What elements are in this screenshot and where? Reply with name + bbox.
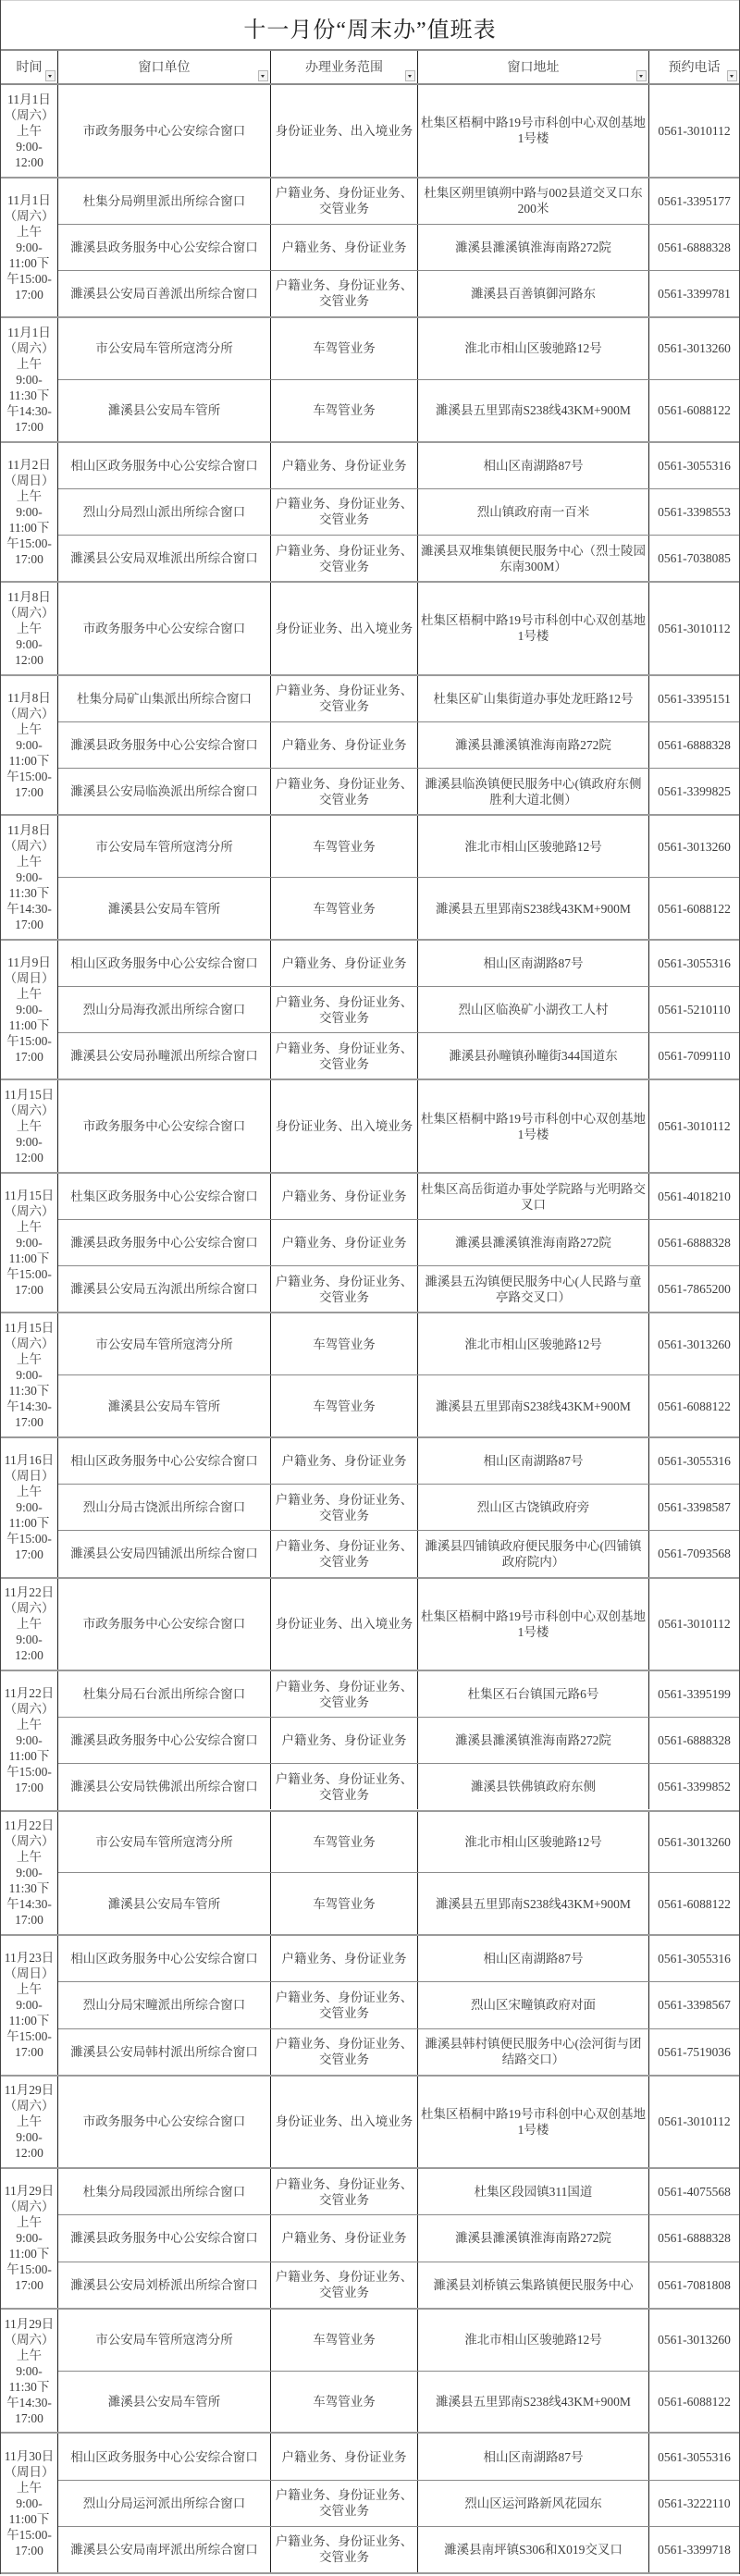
unit-cell: 相山区政务服务中心公安综合窗口 [58,1936,271,1981]
time-text: （周六） [5,605,55,621]
unit-text: 濉溪县政务服务中心公安综合窗口 [70,2230,258,2246]
phone-cell: 0561-3399781 [649,271,739,316]
schedule-group: 11月23日（周日）上午9:00-11:00下午15:00-17:00相山区政务… [1,1936,739,2076]
table-row: 相山区政务服务中心公安综合窗口户籍业务、身份证业务相山区南湖路87号0561-3… [58,1438,739,1485]
unit-cell: 濉溪县公安局车管所 [58,1873,271,1934]
time-text: （周六） [5,1701,55,1717]
scope-cell: 车驾管业务 [271,1313,418,1374]
time-text: （周日） [5,1966,55,1981]
column-header-label: 窗口地址 [508,57,560,76]
time-text: 17:00 [15,917,43,932]
time-text: （周六） [5,1336,55,1351]
phone-text: 0561-3399852 [658,1779,731,1794]
table-row: 市政务服务中心公安综合窗口身份证业务、出入境业务杜集区梧桐中路19号市科创中心双… [58,583,739,674]
unit-cell: 濉溪县政务服务中心公安综合窗口 [58,2215,271,2261]
scope-cell: 车驾管业务 [271,1375,418,1436]
table-row: 杜集分局矿山集派出所综合窗口户籍业务、身份证业务、交管业务杜集区矿山集街道办事处… [58,676,739,722]
chevron-down-icon [408,75,412,78]
unit-cell: 濉溪县公安局临涣派出所综合窗口 [58,769,271,814]
unit-text: 濉溪县公安局南坪派出所综合窗口 [70,2542,258,2558]
address-cell: 相山区南湖路87号 [418,1936,649,1981]
phone-cell: 0561-6088122 [649,2372,739,2433]
unit-text: 市公安局车管所寇湾分所 [95,839,233,855]
scope-cell: 户籍业务、身份证业务 [271,1718,418,1763]
scope-cell: 车驾管业务 [271,1873,418,1934]
scope-text: 户籍业务、身份证业务、交管业务 [274,1679,414,1710]
unit-text: 濉溪县公安局车管所 [108,1399,221,1414]
phone-text: 0561-3399825 [658,783,731,799]
unit-text: 烈山分局烈山派出所综合窗口 [83,504,246,520]
filter-dropdown-button[interactable] [636,70,647,81]
table-row: 濉溪县公安局韩村派出所综合窗口户籍业务、身份证业务、交管业务濉溪县韩村镇便民服务… [58,2029,739,2075]
unit-cell: 濉溪县公安局车管所 [58,878,271,939]
unit-cell: 烈山分局海孜派出所综合窗口 [58,987,271,1032]
schedule-group: 11月15日（周六）上午9:00-11:30下午14:30-17:00市公安局车… [1,1313,739,1438]
address-cell: 烈山区宋疃镇政府对面 [418,1982,649,2028]
unit-cell: 市政务服务中心公安综合窗口 [58,1579,271,1670]
unit-text: 相山区政务服务中心公安综合窗口 [70,458,258,474]
time-text: 11月8日 [7,690,51,706]
unit-text: 濉溪县公安局刘桥派出所综合窗口 [70,2277,258,2293]
phone-cell: 0561-3398587 [649,1485,739,1530]
phone-text: 0561-3055316 [658,2449,731,2465]
group-rows: 相山区政务服务中心公安综合窗口户籍业务、身份证业务相山区南湖路87号0561-3… [58,2434,739,2571]
time-text: 9:00- [16,372,43,388]
time-text: 11:00下 [9,2246,50,2262]
address-text: 濉溪县五里郢南S238线43KM+900M [436,402,631,418]
address-cell: 濉溪县濉溪镇淮海南路272院 [418,1220,649,1265]
address-text: 烈山区古饶镇政府旁 [477,1499,590,1515]
unit-text: 濉溪县公安局韩村派出所综合窗口 [70,2044,258,2060]
time-text: 11:00下 [9,2013,50,2028]
table-row: 濉溪县政务服务中心公安综合窗口户籍业务、身份证业务濉溪县濉溪镇淮海南路272院0… [58,2215,739,2262]
scope-text: 车驾管业务 [313,1399,376,1414]
group-rows: 相山区政务服务中心公安综合窗口户籍业务、身份证业务相山区南湖路87号0561-3… [58,1438,739,1576]
phone-text: 0561-3399781 [658,286,731,302]
scope-text: 身份证业务、出入境业务 [276,1616,413,1632]
phone-cell: 0561-4075568 [649,2169,739,2214]
time-text: 11月1日 [7,192,51,208]
phone-text: 0561-6888328 [658,240,731,255]
time-text: 9:00- [16,1632,43,1647]
phone-cell: 0561-3055316 [649,1936,739,1981]
table-row: 杜集分局石台派出所综合窗口户籍业务、身份证业务、交管业务杜集区石台镇国元路6号0… [58,1671,739,1718]
address-cell: 濉溪县刘桥镇云集路镇便民服务中心 [418,2262,649,2308]
table-row: 濉溪县公安局车管所车驾管业务濉溪县五里郢南S238线43KM+900M0561-… [58,878,739,939]
column-header-label: 办理业务范围 [305,57,383,76]
table-row: 相山区政务服务中心公安综合窗口户籍业务、身份证业务相山区南湖路87号0561-3… [58,1936,739,1982]
phone-cell: 0561-3010112 [649,2077,739,2168]
scope-text: 户籍业务、身份证业务、交管业务 [274,277,414,309]
scope-text: 身份证业务、出入境业务 [276,621,413,636]
address-text: 淮北市相山区骏驰路12号 [464,1834,602,1850]
time-text: 12:00 [15,1150,43,1165]
address-text: 濉溪县刘桥镇云集路镇便民服务中心 [434,2277,634,2293]
time-text: 17:00 [15,551,43,567]
time-text: 9:00- [16,737,43,753]
table-row: 杜集区政务服务中心公安综合窗口户籍业务、身份证业务杜集区高岳街道办事处学院路与光… [58,1174,739,1220]
scope-text: 车驾管业务 [313,839,376,855]
time-text: （周六） [5,1203,55,1219]
time-cell: 11月22日（周六）上午9:00-11:00下午15:00-17:00 [1,1671,58,1809]
scope-text: 户籍业务、身份证业务、交管业务 [274,1492,414,1523]
unit-cell: 濉溪县公安局刘桥派出所综合窗口 [58,2262,271,2308]
time-text: 11月29日 [5,2082,55,2098]
time-text: （周日） [5,473,55,488]
time-cell: 11月30日（周日）上午9:00-11:00下午15:00-17:00 [1,2434,58,2571]
time-cell: 11月23日（周日）上午9:00-11:00下午15:00-17:00 [1,1936,58,2074]
scope-text: 户籍业务、身份证业务、交管业务 [274,683,414,714]
scope-cell: 车驾管业务 [271,2310,418,2371]
table-row: 烈山分局宋疃派出所综合窗口户籍业务、身份证业务、交管业务烈山区宋疃镇政府对面05… [58,1982,739,2028]
address-text: 杜集区朔里镇朔中路与002县道交叉口东200米 [421,185,646,216]
unit-text: 烈山分局海孜派出所综合窗口 [83,1002,246,1017]
filter-dropdown-button[interactable] [727,70,737,81]
table-row: 烈山分局海孜派出所综合窗口户籍业务、身份证业务、交管业务烈山区临涣矿小湖孜工人村… [58,987,739,1033]
address-cell: 杜集区梧桐中路19号市科创中心双创基地1号楼 [418,583,649,674]
scope-cell: 户籍业务、身份证业务 [271,1438,418,1484]
address-text: 烈山镇政府南一百米 [477,504,590,520]
time-cell: 11月8日（周六）上午9:00-11:00下午15:00-17:00 [1,676,58,814]
address-text: 濉溪县铁佛镇政府东侧 [471,1779,596,1794]
table-row: 市公安局车管所寇湾分所车驾管业务淮北市相山区骏驰路12号0561-3013260 [58,1812,739,1874]
filter-dropdown-button[interactable] [258,70,268,81]
time-cell: 11月1日（周六）上午9:00-12:00 [1,85,58,177]
unit-text: 濉溪县政务服务中心公安综合窗口 [70,1235,258,1251]
time-text: 12:00 [15,2145,43,2161]
time-text: （周六） [5,340,55,356]
phone-cell: 0561-6088122 [649,878,739,939]
phone-text: 0561-3398567 [658,1997,731,2013]
unit-cell: 烈山分局运河派出所综合窗口 [58,2481,271,2526]
address-text: 杜集区梧桐中路19号市科创中心双创基地1号楼 [421,1111,646,1142]
time-cell: 11月29日（周六）上午9:00-11:30下午14:30-17:00 [1,2310,58,2433]
address-text: 濉溪县濉溪镇淮海南路272院 [455,737,611,753]
phone-cell: 0561-3055316 [649,443,739,488]
unit-cell: 杜集区政务服务中心公安综合窗口 [58,1174,271,1219]
scope-cell: 身份证业务、出入境业务 [271,1579,418,1670]
group-rows: 市政务服务中心公安综合窗口身份证业务、出入境业务杜集区梧桐中路19号市科创中心双… [58,1579,739,1670]
scope-text: 户籍业务、身份证业务 [282,737,407,753]
phone-text: 0561-6088122 [658,402,731,418]
time-text: 11月2日 [7,457,51,473]
scope-cell: 户籍业务、身份证业务、交管业务 [271,2481,418,2526]
time-text: 17:00 [15,2044,43,2060]
address-cell: 濉溪县濉溪镇淮海南路272院 [418,1718,649,1763]
time-text: 午15:00- [6,1531,52,1547]
time-cell: 11月15日（周六）上午9:00-11:00下午15:00-17:00 [1,1174,58,1312]
time-text: 午15:00- [6,271,52,287]
phone-text: 0561-6088122 [658,1896,731,1912]
time-text: （周日） [5,1468,55,1484]
scope-cell: 户籍业务、身份证业务、交管业务 [271,769,418,814]
time-text: 11月9日 [7,955,51,970]
chevron-down-icon [639,75,643,78]
scope-text: 身份证业务、出入境业务 [276,1118,413,1134]
time-text: 9:00- [16,1235,43,1251]
phone-cell: 0561-7093568 [649,1531,739,1576]
phone-cell: 0561-3013260 [649,816,739,877]
address-text: 濉溪县五里郢南S238线43KM+900M [436,1896,631,1912]
address-cell: 烈山区运河路新风花园东 [418,2481,649,2526]
table-row: 烈山分局烈山派出所综合窗口户籍业务、身份证业务、交管业务烈山镇政府南一百米056… [58,489,739,536]
address-cell: 濉溪县临涣镇便民服务中心(镇政府东侧胜利大道北侧） [418,769,649,814]
address-text: 杜集区矿山集街道办事处龙旺路12号 [434,691,634,707]
filter-dropdown-button[interactable] [405,70,415,81]
phone-text: 0561-3055316 [658,458,731,474]
phone-text: 0561-3013260 [658,839,731,855]
time-cell: 11月22日（周六）上午9:00-12:00 [1,1579,58,1670]
unit-text: 濉溪县公安局四铺派出所综合窗口 [70,1546,258,1561]
time-text: 11:00下 [9,1017,50,1033]
scope-text: 户籍业务、身份证业务、交管业务 [274,2487,414,2519]
address-text: 淮北市相山区骏驰路12号 [464,2332,602,2348]
unit-cell: 濉溪县公安局车管所 [58,1375,271,1436]
schedule-group: 11月1日（周六）上午9:00-11:00下午15:00-17:00杜集分局朔里… [1,179,739,318]
phone-text: 0561-6888328 [658,1732,731,1748]
phone-text: 0561-3013260 [658,1337,731,1352]
schedule-group: 11月8日（周六）上午9:00-11:00下午15:00-17:00杜集分局矿山… [1,676,739,816]
column-header-label: 窗口单位 [139,57,191,76]
group-rows: 市政务服务中心公安综合窗口身份证业务、出入境业务杜集区梧桐中路19号市科创中心双… [58,85,739,177]
time-text: 上午 [17,2114,42,2129]
address-cell: 相山区南湖路87号 [418,443,649,488]
unit-cell: 烈山分局宋疃派出所综合窗口 [58,1982,271,2028]
scope-text: 户籍业务、身份证业务 [282,1189,407,1204]
time-text: 17:00 [15,1912,43,1928]
phone-cell: 0561-3399718 [649,2527,739,2572]
time-text: 11月29日 [5,2183,55,2199]
phone-cell: 0561-3395199 [649,1671,739,1717]
duty-schedule-sheet: 十一月份“周末办”值班表 时间 窗口单位 办理业务范围 窗口地址 预约电话 11… [0,0,740,2574]
unit-text: 市公安局车管所寇湾分所 [95,2332,233,2348]
phone-cell: 0561-6888328 [649,1718,739,1763]
time-text: 9:00- [16,2230,43,2246]
time-text: 午15:00- [6,2028,52,2044]
filter-dropdown-button[interactable] [45,70,55,81]
time-text: 午15:00- [6,536,52,551]
time-text: 9:00- [16,1732,43,1748]
column-header-unit: 窗口单位 [58,51,271,83]
unit-cell: 濉溪县政务服务中心公安综合窗口 [58,722,271,768]
phone-cell: 0561-3398553 [649,489,739,535]
unit-cell: 市公安局车管所寇湾分所 [58,2310,271,2371]
address-cell: 淮北市相山区骏驰路12号 [418,2310,649,2371]
group-rows: 市政务服务中心公安综合窗口身份证业务、出入境业务杜集区梧桐中路19号市科创中心双… [58,1080,739,1172]
address-cell: 杜集区高岳街道办事处学院路与光明路交叉口 [418,1174,649,1219]
unit-text: 杜集分局朔里派出所综合窗口 [83,193,246,209]
phone-text: 0561-6088122 [658,901,731,917]
phone-cell: 0561-3395177 [649,179,739,224]
scope-cell: 身份证业务、出入境业务 [271,2077,418,2168]
table-row: 市政务服务中心公安综合窗口身份证业务、出入境业务杜集区梧桐中路19号市科创中心双… [58,1080,739,1172]
time-text: 午15:00- [6,1764,52,1780]
unit-text: 杜集区政务服务中心公安综合窗口 [70,1189,258,1204]
time-text: 午15:00- [6,1033,52,1049]
scope-cell: 户籍业务、身份证业务、交管业务 [271,1266,418,1312]
unit-text: 烈山分局宋疃派出所综合窗口 [83,1997,246,2013]
phone-cell: 0561-3010112 [649,1080,739,1172]
table-row: 濉溪县公安局车管所车驾管业务濉溪县五里郢南S238线43KM+900M0561-… [58,2372,739,2433]
time-text: 12:00 [15,154,43,170]
time-text: 上午 [17,1981,42,1997]
time-text: （周六） [5,838,55,854]
scope-text: 户籍业务、身份证业务、交管业务 [274,1990,414,2021]
scope-text: 户籍业务、身份证业务、交管业务 [274,2533,414,2565]
time-text: 11:30下 [9,1383,50,1399]
unit-cell: 杜集分局石台派出所综合窗口 [58,1671,271,1717]
time-cell: 11月1日（周六）上午9:00-11:30下午14:30-17:00 [1,318,58,441]
unit-text: 濉溪县政务服务中心公安综合窗口 [70,1732,258,1748]
table-header: 时间 窗口单位 办理业务范围 窗口地址 预约电话 [1,51,739,85]
scope-text: 户籍业务、身份证业务 [282,458,407,474]
time-text: 午15:00- [6,2527,52,2543]
unit-cell: 杜集分局朔里派出所综合窗口 [58,179,271,224]
scope-text: 户籍业务、身份证业务、交管业务 [274,1771,414,1803]
scope-cell: 户籍业务、身份证业务、交管业务 [271,2169,418,2214]
address-cell: 濉溪县五里郢南S238线43KM+900M [418,1375,649,1436]
time-text: 11:00下 [9,2511,50,2527]
schedule-group: 11月22日（周六）上午9:00-11:30下午14:30-17:00市公安局车… [1,1812,739,1937]
phone-text: 0561-7519036 [658,2044,731,2060]
scope-text: 户籍业务、身份证业务、交管业务 [274,1274,414,1305]
time-text: 上午 [17,488,42,504]
scope-text: 户籍业务、身份证业务、交管业务 [274,2176,414,2208]
schedule-group: 11月15日（周六）上午9:00-11:00下午15:00-17:00杜集区政务… [1,1174,739,1313]
time-text: 9:00- [16,2496,43,2511]
phone-cell: 0561-3013260 [649,1812,739,1873]
address-text: 濉溪县濉溪镇淮海南路272院 [455,240,611,255]
schedule-group: 11月29日（周六）上午9:00-11:00下午15:00-17:00杜集分局段… [1,2169,739,2309]
table-row: 濉溪县公安局百善派出所综合窗口户籍业务、身份证业务、交管业务濉溪县百善镇御河路东… [58,271,739,316]
unit-text: 市公安局车管所寇湾分所 [95,340,233,356]
scope-cell: 户籍业务、身份证业务 [271,1174,418,1219]
phone-cell: 0561-3399852 [649,1764,739,1809]
time-cell: 11月15日（周六）上午9:00-11:30下午14:30-17:00 [1,1313,58,1436]
phone-text: 0561-3013260 [658,340,731,356]
group-rows: 相山区政务服务中心公安综合窗口户籍业务、身份证业务相山区南湖路87号0561-3… [58,443,739,581]
unit-cell: 相山区政务服务中心公安综合窗口 [58,941,271,986]
time-text: 11:00下 [9,255,50,271]
time-text: 11月1日 [7,92,51,107]
unit-cell: 市政务服务中心公安综合窗口 [58,85,271,177]
unit-text: 烈山分局古饶派出所综合窗口 [83,1499,246,1515]
address-text: 相山区南湖路87号 [484,2449,584,2465]
schedule-group: 11月2日（周日）上午9:00-11:00下午15:00-17:00相山区政务服… [1,443,739,583]
time-text: （周六） [5,107,55,123]
time-text: 17:00 [15,1780,43,1795]
phone-text: 0561-6888328 [658,737,731,753]
unit-text: 濉溪县公安局车管所 [108,2394,221,2410]
address-text: 濉溪县濉溪镇淮海南路272院 [455,1235,611,1251]
chevron-down-icon [730,75,734,78]
address-cell: 濉溪县五沟镇便民服务中心(人民路与童亭路交叉口） [418,1266,649,1312]
table-row: 濉溪县公安局车管所车驾管业务濉溪县五里郢南S238线43KM+900M0561-… [58,380,739,441]
time-text: 上午 [17,1219,42,1235]
unit-cell: 濉溪县公安局车管所 [58,2372,271,2433]
address-cell: 濉溪县五里郢南S238线43KM+900M [418,878,649,939]
scope-cell: 户籍业务、身份证业务、交管业务 [271,536,418,581]
phone-text: 0561-5210110 [658,1002,730,1017]
unit-cell: 濉溪县公安局车管所 [58,380,271,441]
time-text: 9:00- [16,1997,43,2013]
scope-text: 车驾管业务 [313,901,376,917]
time-text: 17:00 [15,1282,43,1298]
time-text: 上午 [17,721,42,737]
unit-text: 市公安局车管所寇湾分所 [95,1337,233,1352]
time-text: 午14:30- [6,1399,52,1414]
phone-cell: 0561-3222110 [649,2481,739,2526]
time-text: 上午 [17,1484,42,1499]
scope-text: 户籍业务、身份证业务 [282,1453,407,1469]
time-text: 上午 [17,123,42,139]
scope-cell: 户籍业务、身份证业务 [271,941,418,986]
unit-text: 濉溪县政务服务中心公安综合窗口 [70,240,258,255]
time-text: 12:00 [15,652,43,668]
time-text: 9:00- [16,1134,43,1150]
address-text: 杜集区梧桐中路19号市科创中心双创基地1号楼 [421,612,646,644]
scope-cell: 户籍业务、身份证业务、交管业务 [271,2527,418,2572]
scope-text: 户籍业务、身份证业务、交管业务 [274,543,414,574]
time-text: 上午 [17,1351,42,1367]
time-text: 11:00下 [9,1515,50,1531]
group-rows: 市政务服务中心公安综合窗口身份证业务、出入境业务杜集区梧桐中路19号市科创中心双… [58,583,739,674]
scope-cell: 户籍业务、身份证业务、交管业务 [271,1764,418,1809]
address-cell: 濉溪县孙疃镇孙疃街344国道东 [418,1033,649,1078]
address-text: 淮北市相山区骏驰路12号 [464,340,602,356]
unit-cell: 相山区政务服务中心公安综合窗口 [58,2434,271,2479]
chevron-down-icon [48,75,52,78]
column-header-time: 时间 [1,51,58,83]
phone-text: 0561-6888328 [658,1235,731,1251]
schedule-group: 11月29日（周六）上午9:00-11:30下午14:30-17:00市公安局车… [1,2310,739,2434]
time-cell: 11月29日（周六）上午9:00-11:00下午15:00-17:00 [1,2169,58,2307]
phone-cell: 0561-6888328 [649,722,739,768]
time-text: 9:00- [16,1367,43,1383]
address-cell: 烈山区临涣矿小湖孜工人村 [418,987,649,1032]
scope-cell: 身份证业务、出入境业务 [271,85,418,177]
scope-cell: 车驾管业务 [271,380,418,441]
time-text: 午15:00- [6,1266,52,1282]
scope-cell: 身份证业务、出入境业务 [271,583,418,674]
unit-text: 市政务服务中心公安综合窗口 [83,2114,246,2129]
time-text: 上午 [17,854,42,869]
group-rows: 相山区政务服务中心公安综合窗口户籍业务、身份证业务相山区南湖路87号0561-3… [58,941,739,1078]
time-text: （周六） [5,2098,55,2114]
scope-cell: 户籍业务、身份证业务、交管业务 [271,1485,418,1530]
address-cell: 相山区南湖路87号 [418,941,649,986]
time-text: （周六） [5,1833,55,1849]
address-cell: 濉溪县韩村镇便民服务中心(浍河街与团结路交口） [418,2029,649,2075]
unit-text: 相山区政务服务中心公安综合窗口 [70,955,258,971]
address-text: 濉溪县五里郢南S238线43KM+900M [436,2394,631,2410]
scope-text: 车驾管业务 [313,340,376,356]
address-text: 濉溪县孙疃镇孙疃街344国道东 [449,1048,617,1064]
phone-text: 0561-3055316 [658,1453,731,1469]
unit-cell: 市公安局车管所寇湾分所 [58,1313,271,1374]
address-cell: 濉溪县五里郢南S238线43KM+900M [418,1873,649,1934]
phone-cell: 0561-5210110 [649,987,739,1032]
phone-cell: 0561-3395151 [649,676,739,721]
group-rows: 相山区政务服务中心公安综合窗口户籍业务、身份证业务相山区南湖路87号0561-3… [58,1936,739,2074]
address-cell: 淮北市相山区骏驰路12号 [418,1812,649,1873]
scope-cell: 户籍业务、身份证业务 [271,1220,418,1265]
phone-text: 0561-3013260 [658,1834,731,1850]
unit-cell: 相山区政务服务中心公安综合窗口 [58,1438,271,1484]
scope-cell: 户籍业务、身份证业务、交管业务 [271,2029,418,2075]
unit-text: 濉溪县公安局车管所 [108,402,221,418]
scope-text: 户籍业务、身份证业务 [282,2449,407,2465]
